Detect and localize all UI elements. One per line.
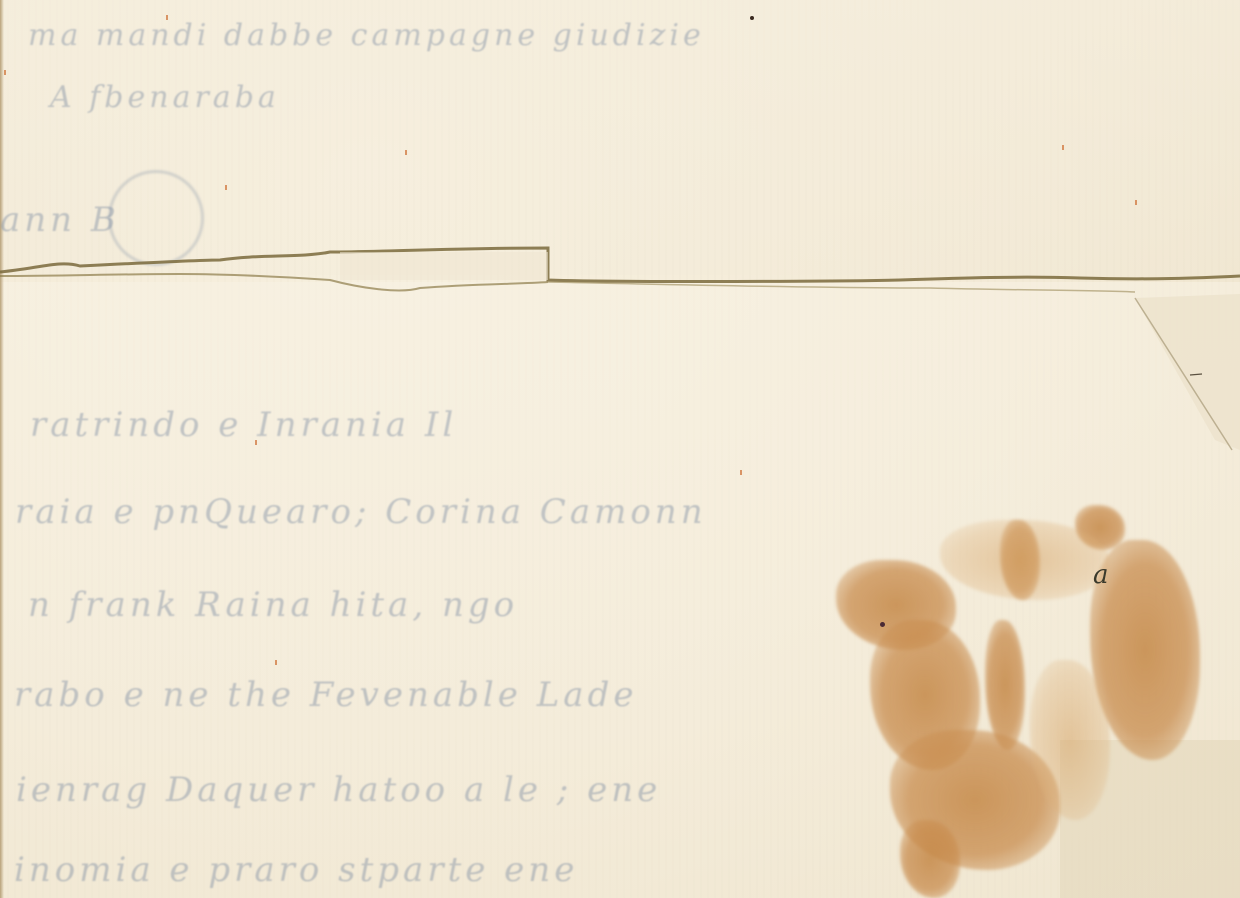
paper-fleck bbox=[1135, 200, 1137, 205]
page-left-edge bbox=[0, 0, 4, 898]
horizontal-tear-line bbox=[0, 230, 1240, 310]
manuscript-page: ma mandi dabbe campagne giudizie A fbena… bbox=[0, 0, 1240, 898]
paper-fleck bbox=[166, 15, 168, 20]
ink-speck bbox=[750, 16, 754, 20]
paper-fleck bbox=[225, 185, 227, 190]
lower-text-line-4: rabo e ne the Fevenable Lade bbox=[14, 675, 637, 715]
paper-fleck bbox=[255, 440, 257, 445]
lower-text-line-2: raia e pnQuearo; Corina Camonn bbox=[15, 492, 707, 532]
lower-text-line-6: inomia e praro stparte ene bbox=[14, 850, 578, 890]
upper-text-line-1: ma mandi dabbe campagne giudizie bbox=[28, 18, 705, 53]
lower-text-line-3: n frank Raina hita, ngo bbox=[28, 585, 518, 625]
paper-fleck bbox=[1062, 145, 1064, 150]
paper-fleck bbox=[740, 470, 742, 475]
paper-fleck bbox=[275, 660, 277, 665]
upper-text-line-2: A fbenaraba bbox=[50, 80, 280, 115]
lower-text-line-5: ienrag Daquer hatoo a le ; ene bbox=[16, 770, 661, 810]
lower-text-line-1: ratrindo e Inrania Il bbox=[30, 405, 457, 445]
paper-fleck bbox=[4, 70, 6, 75]
ink-blot bbox=[880, 622, 885, 627]
folded-corner bbox=[1120, 280, 1240, 460]
paper-fleck bbox=[405, 150, 407, 155]
ink-mark: a bbox=[1093, 562, 1117, 588]
